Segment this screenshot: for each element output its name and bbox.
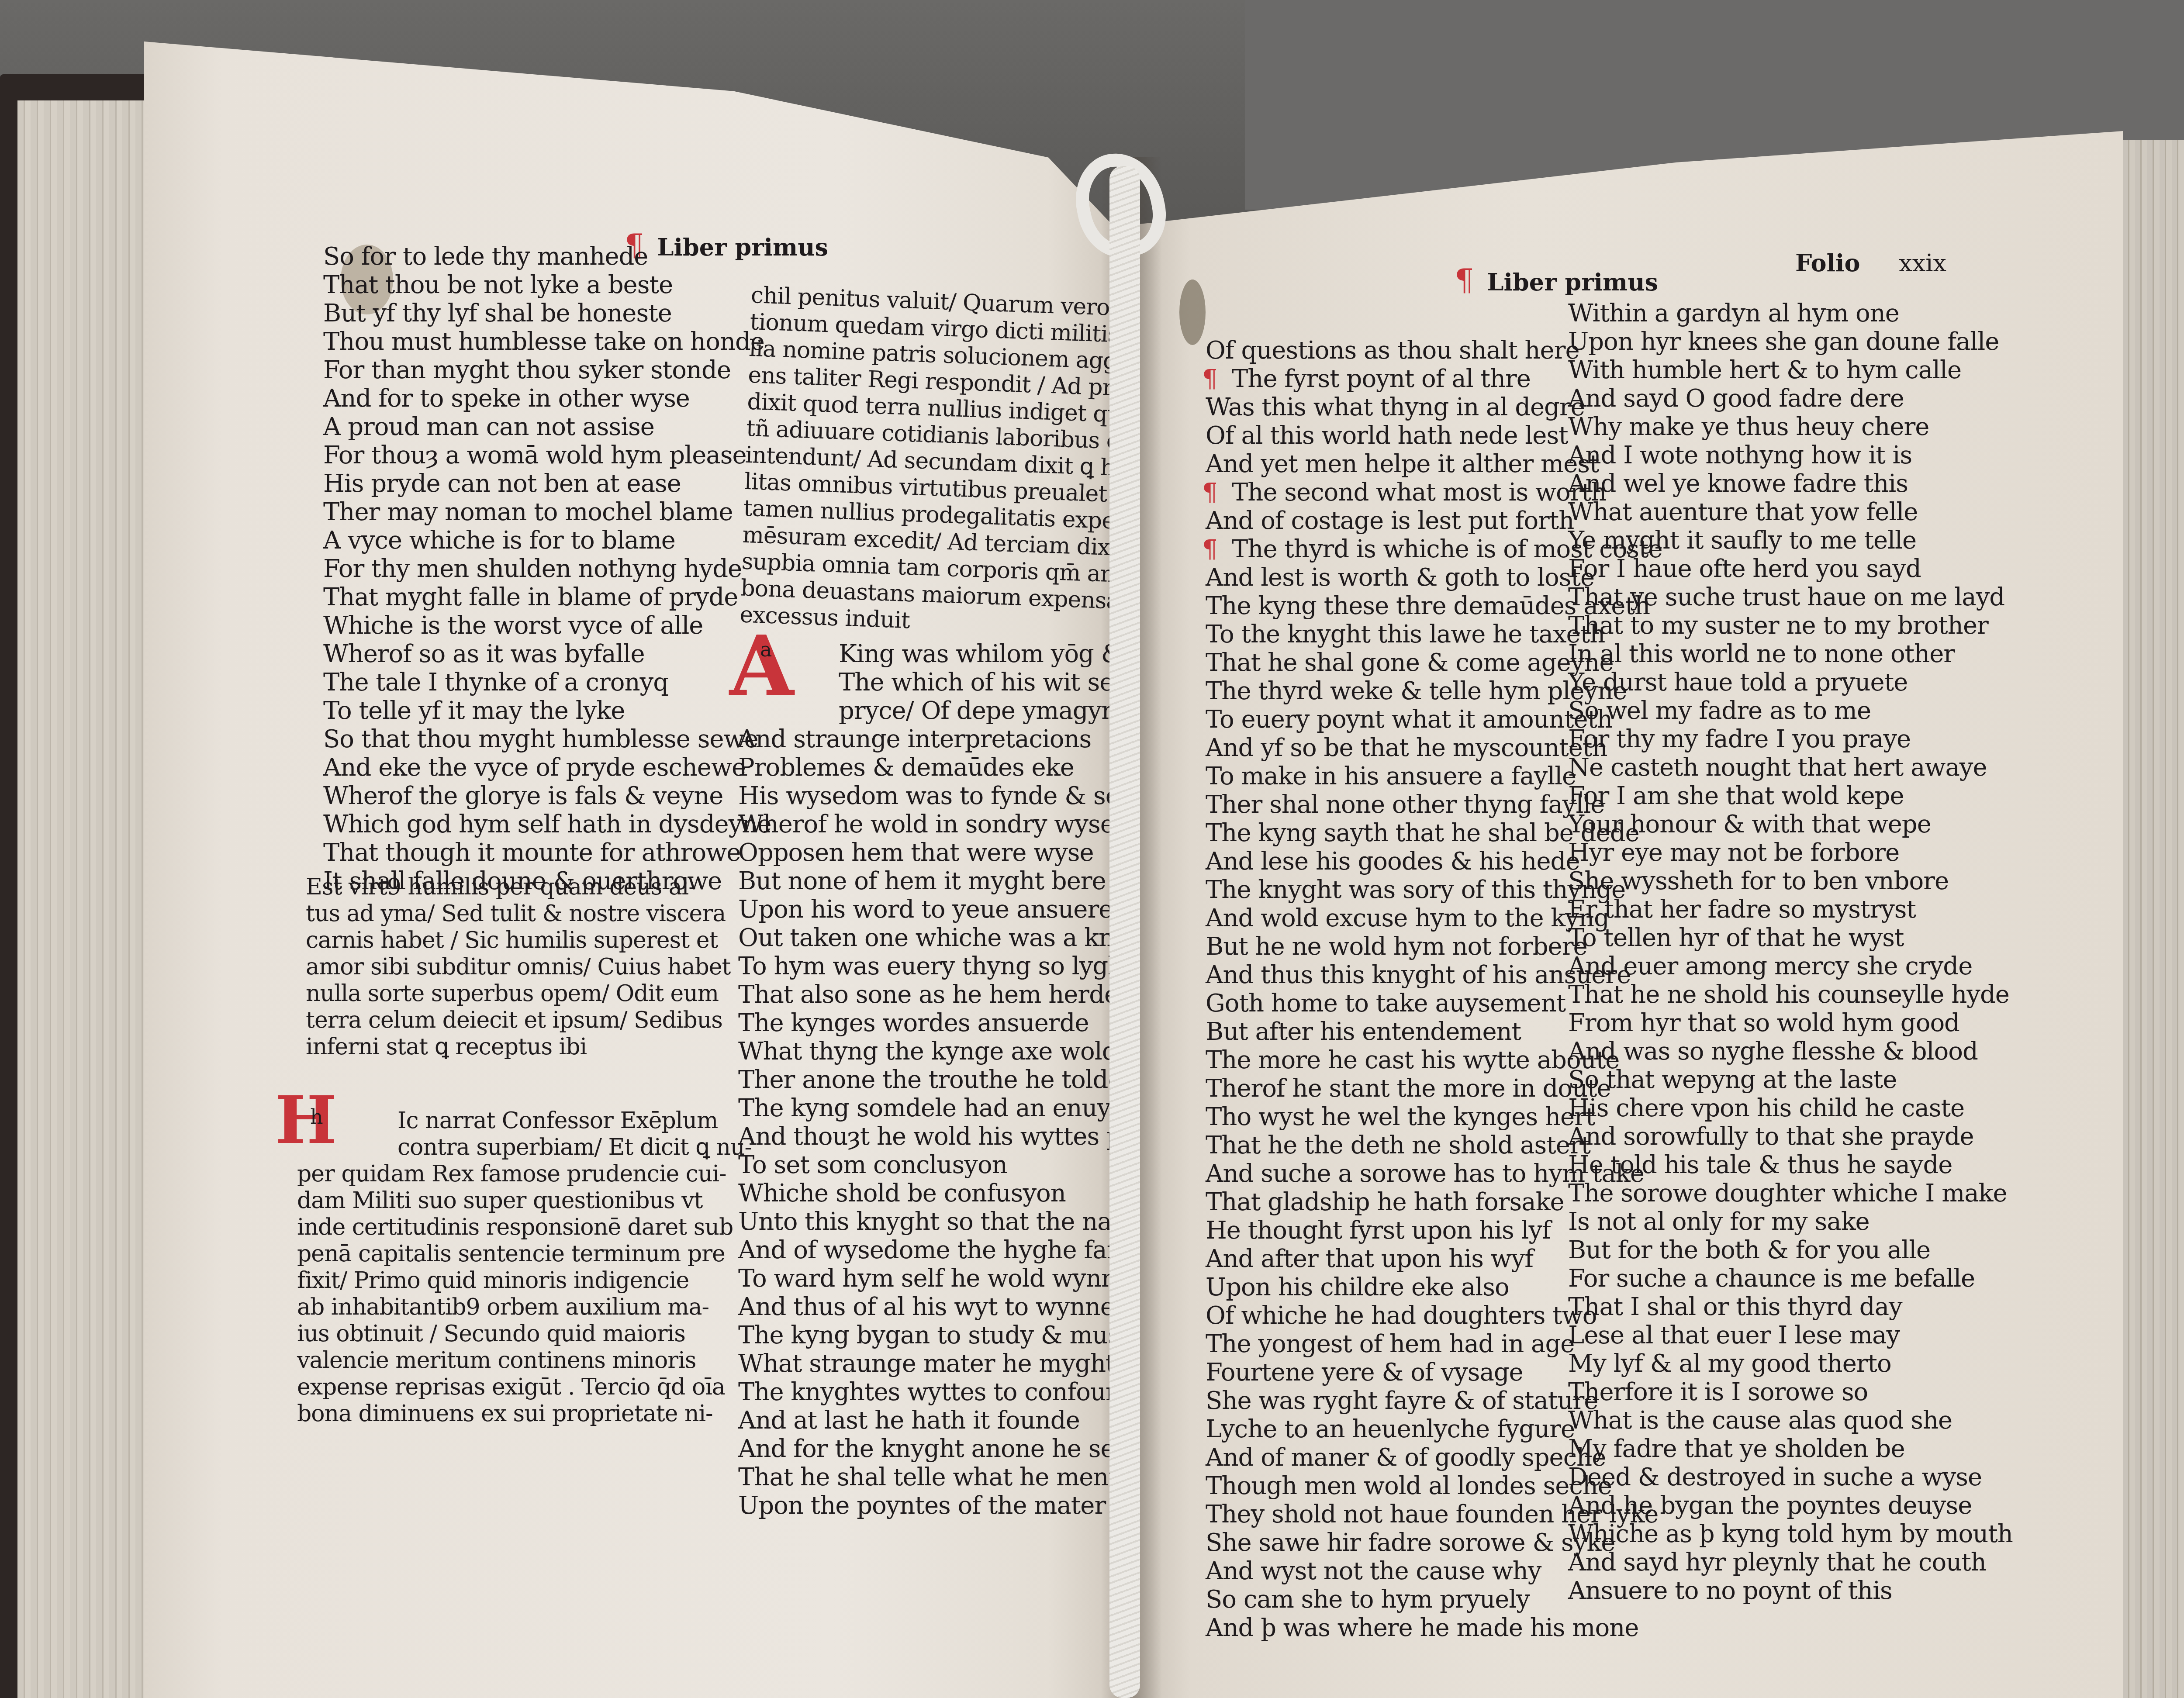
text-line: And I wote nothyng how it is [1568,443,2013,472]
text-line: For thy my fadre I you praye [1568,727,2013,756]
text-line: But for the both & for you alle [1568,1238,2013,1267]
text-line: To tellen hyr of that he wyst [1568,926,2013,954]
text-line: To telle yf it may the lyke [323,699,771,727]
red-paragraph-mark-icon: ¶ [1202,537,1217,562]
text-line: valencie meritum continens minoris [297,1349,752,1376]
text-line: And sayd O good fadre dere [1568,387,2013,415]
text-line: dam Militi suo super questionibus vt [297,1189,752,1216]
text-line: And wel ye knowe fadre this [1568,472,2013,500]
right-running-head: ¶Liber primus [1455,262,1658,298]
folio-numeral: xxix [1899,249,1946,277]
text-line: expense reprisas exigūt . Tercio q̄d oīa [297,1376,752,1402]
text-line: That ye suche trust haue on me layd [1568,585,2013,614]
text-line: That though it mounte for athrowe [323,841,771,869]
text-line: Upon hyr knees she gan doune falle [1568,330,2013,358]
text-line: Ther may noman to mochel blame [323,500,771,528]
page-edges-left [17,100,149,1698]
text-line: Est virt9 humilis per quam deus al- [306,876,730,902]
text-line: And eke the vyce of pryde eschewe [323,756,771,784]
paper-stain [1179,280,1206,345]
text-line: For than myght thou syker stonde [323,358,771,387]
text-line: So that thou myght humblesse sewe [323,727,771,756]
left-col1-latin-gloss: Est virt9 humilis per quam deus al-tus a… [306,876,730,1062]
text-line: nulla sorte superbus opem/ Odit eum [306,982,730,1009]
text-line: ius obtinuit / Secundo quid maioris [297,1322,752,1349]
text-line: Your honour & with that wepe [1568,812,2013,841]
text-line: Therfore it is I sorowe so [1568,1380,2013,1408]
text-line: contra superbiam/ Et dicit ꝗ nu- [297,1136,752,1163]
bookmark-cord[interactable] [1109,166,1140,1698]
left-col1-latin-prose: Ic narrat Confessor Exēplumcontra superb… [297,1109,752,1429]
text-line: In al this world ne to none other [1568,642,2013,670]
text-line: The tale I thynke of a cronyq [323,670,771,699]
text-line: amor sibi subditur omnis/ Cuius habet [306,956,730,982]
text-line: Ye durst haue told a pryuete [1568,670,2013,699]
text-line: Ic narrat Confessor Exēplum [297,1109,752,1136]
text-line: For suche a chaunce is me befalle [1568,1267,2013,1295]
text-line: penā capitalis sentencie terminum pre [297,1242,752,1269]
text-line: Er that her fadre so mystryst [1568,897,2013,926]
text-line: For thouȝ a womā wold hym please [323,443,771,472]
text-line: And was so nyghe flesshe & blood [1568,1039,2013,1068]
running-head-text: Liber primus [1487,268,1658,296]
text-line: inde certitudinis responsionē daret sub [297,1216,752,1242]
text-line: And sayd hyr pleynly that he couth [1568,1550,2013,1579]
text-line: The sorowe doughter whiche I make [1568,1181,2013,1210]
text-line: fixit/ Primo quid minoris indigencie [297,1269,752,1296]
text-line: per quidam Rex famose prudencie cui- [297,1163,752,1189]
text-line: Is not al only for my sake [1568,1210,2013,1238]
text-line: My lyf & al my good therto [1568,1352,2013,1380]
text-line: Wherof so as it was byfalle [323,642,771,670]
text-line: For I haue ofte herd you sayd [1568,557,2013,585]
page-edges-right [2123,140,2184,1698]
text-line: For I am she that wold kepe [1568,784,2013,812]
text-line: What auenture that yow felle [1568,500,2013,528]
text-line: carnis habet / Sic humilis superest et [306,929,730,956]
text-line: A proud man can not assise [323,415,771,443]
text-line: For thy men shulden nothyng hyde [323,557,771,585]
text-line: She wyssheth for to ben vnbore [1568,869,2013,897]
text-line: His chere vpon his child he caste [1568,1096,2013,1125]
text-line: But yf thy lyf shal be honeste [323,301,771,330]
text-line: Why make ye thus heuy chere [1568,415,2013,443]
red-paragraph-mark-icon: ¶ [1202,480,1217,505]
text-line: tus ad yma/ Sed tulit & nostre viscera [306,902,730,929]
text-line: And þ was where he made his mone [1206,1616,1662,1644]
text-line: Whiche as þ kyng told hym by mouth [1568,1522,2013,1550]
text-line: A vyce whiche is for to blame [323,528,771,557]
text-line: terra celum deiecit et ipsum/ Sedibus [306,1009,730,1035]
text-line: That to my suster ne to my brother [1568,614,2013,642]
text-line: So that wepyng at the laste [1568,1068,2013,1096]
text-line: That myght falle in blame of pryde [323,585,771,614]
text-line: Ansuere to no poynt of this [1568,1579,2013,1607]
text-line: Ne casteth nought that hert awaye [1568,756,2013,784]
text-line: Wherof the glorye is fals & veyne [323,784,771,812]
text-line: bona diminuens ex sui proprietate ni- [297,1402,752,1429]
text-line: So wel my fadre as to me [1568,699,2013,727]
text-line: His pryde can not ben at ease [323,472,771,500]
text-line: Ye myght it saufly to me telle [1568,528,2013,557]
text-line: And euer among mercy she cryde [1568,954,2013,983]
text-line: That I shal or this thyrd day [1568,1295,2013,1323]
text-line: Lese al that euer I lese may [1568,1323,2013,1352]
text-line: That he ne shold his counseylle hyde [1568,983,2013,1011]
text-line: From hyr that so wold hym good [1568,1011,2013,1039]
text-line: Thou must humblesse take on honde [323,330,771,358]
folio-number: Folio xxix [1795,249,1946,277]
pilcrow-icon: ¶ [1455,262,1474,298]
text-line: And sorowfully to that she prayde [1568,1125,2013,1153]
text-line: inferni stat ꝗ receptus ibi [306,1035,730,1062]
text-line: Within a gardyn al hym one [1568,301,2013,330]
text-line: Hyr eye may not be forbore [1568,841,2013,869]
text-line: So for to lede thy manhede [323,245,771,273]
text-line: Deed & destroyed in suche a wyse [1568,1465,2013,1494]
text-line: And for to speke in other wyse [323,387,771,415]
text-line: ab inhabitantib9 orbem auxilium ma- [297,1296,752,1322]
left-col1-verse: So for to lede thy manhedeThat thou be n… [323,245,771,897]
text-line: He told his tale & thus he sayde [1568,1153,2013,1181]
red-paragraph-mark-icon: ¶ [1202,367,1217,391]
text-line: And he bygan the poyntes deuyse [1568,1494,2013,1522]
folio-label: Folio [1795,249,1860,277]
text-line: My fadre that ye sholden be [1568,1437,2013,1465]
text-line: What is the cause alas quod she [1568,1408,2013,1437]
right-col2-verse: Within a gardyn al hym oneUpon hyr knees… [1568,301,2013,1607]
text-line: Whiche is the worst vyce of alle [323,614,771,642]
text-line: That thou be not lyke a beste [323,273,771,301]
text-line: With humble hert & to hym calle [1568,358,2013,387]
text-line: Which god hym self hath in dysdeyne [323,812,771,841]
